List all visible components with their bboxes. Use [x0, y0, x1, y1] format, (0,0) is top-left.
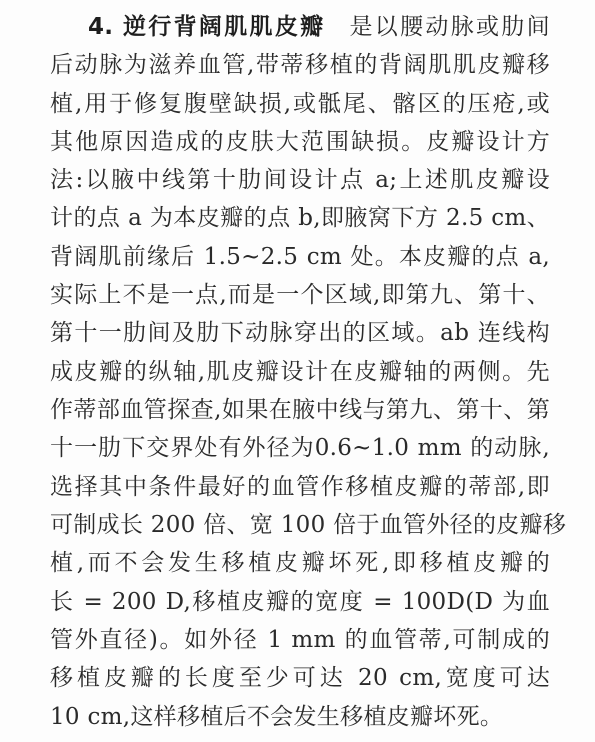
paragraph-line-2: 后动脉为滋养血管,带蒂移植的背阔肌肌皮瓣移 [50, 45, 550, 85]
paragraph-line-7: 背阔肌前缘后 1.5~2.5 cm 处。本皮瓣的点 a, [50, 237, 550, 277]
section-heading: 逆行背阔肌肌皮瓣 [123, 14, 326, 40]
paragraph-line-11: 作蒂部血管探查,如果在腋中线与第九、第十、第 [50, 390, 550, 430]
paragraph-line-12: 十一肋下交界处有外径为0.6~1.0 mm 的动脉, [50, 428, 550, 468]
paragraph-line-19: 10 cm,这样移植后不会发生移植皮瓣坏死。 [50, 697, 550, 737]
paragraph-line-6: 计的点 a 为本皮瓣的点 b,即腋窝下方 2.5 cm、 [50, 198, 550, 238]
paragraph-line-8: 实际上不是一点,而是一个区域,即第九、第十、 [50, 275, 550, 315]
paragraph-line-3: 植,用于修复腹壁缺损,或骶尾、髂区的压疮,或 [50, 84, 550, 124]
paragraph-text: 是以腰动脉或肋间 [347, 14, 550, 40]
paragraph-line-1: 4. 逆行背阔肌肌皮瓣是以腰动脉或肋间 [50, 7, 550, 47]
paragraph-line-14: 可制成长 200 倍、宽 100 倍于血管外径的皮瓣移 [50, 505, 550, 545]
paragraph-line-18: 移植皮瓣的长度至少可达 20 cm,宽度可达 [50, 658, 550, 698]
paragraph-line-9: 第十一肋间及肋下动脉穿出的区域。ab 连线构 [50, 313, 550, 353]
paragraph-line-13: 选择其中条件最好的血管作移植皮瓣的蒂部,即 [50, 467, 550, 507]
section-number: 4. [88, 14, 113, 40]
paragraph-line-17: 管外直径)。如外径 1 mm 的血管蒂,可制成的 [50, 620, 550, 660]
paragraph-line-15: 植,而不会发生移植皮瓣坏死,即移植皮瓣的 [50, 543, 550, 583]
paragraph-line-16: 长 = 200 D,移植皮瓣的宽度 = 100D(D 为血 [50, 582, 550, 622]
document-page: 4. 逆行背阔肌肌皮瓣是以腰动脉或肋间 后动脉为滋养血管,带蒂移植的背阔肌肌皮瓣… [0, 0, 595, 742]
paragraph-line-10: 成皮瓣的纵轴,肌皮瓣设计在皮瓣轴的两侧。先 [50, 352, 550, 392]
paragraph-line-4: 其他原因造成的皮肤大范围缺损。皮瓣设计方 [50, 122, 550, 162]
paragraph-line-5: 法:以腋中线第十肋间设计点 a;上述肌皮瓣设 [50, 160, 550, 200]
